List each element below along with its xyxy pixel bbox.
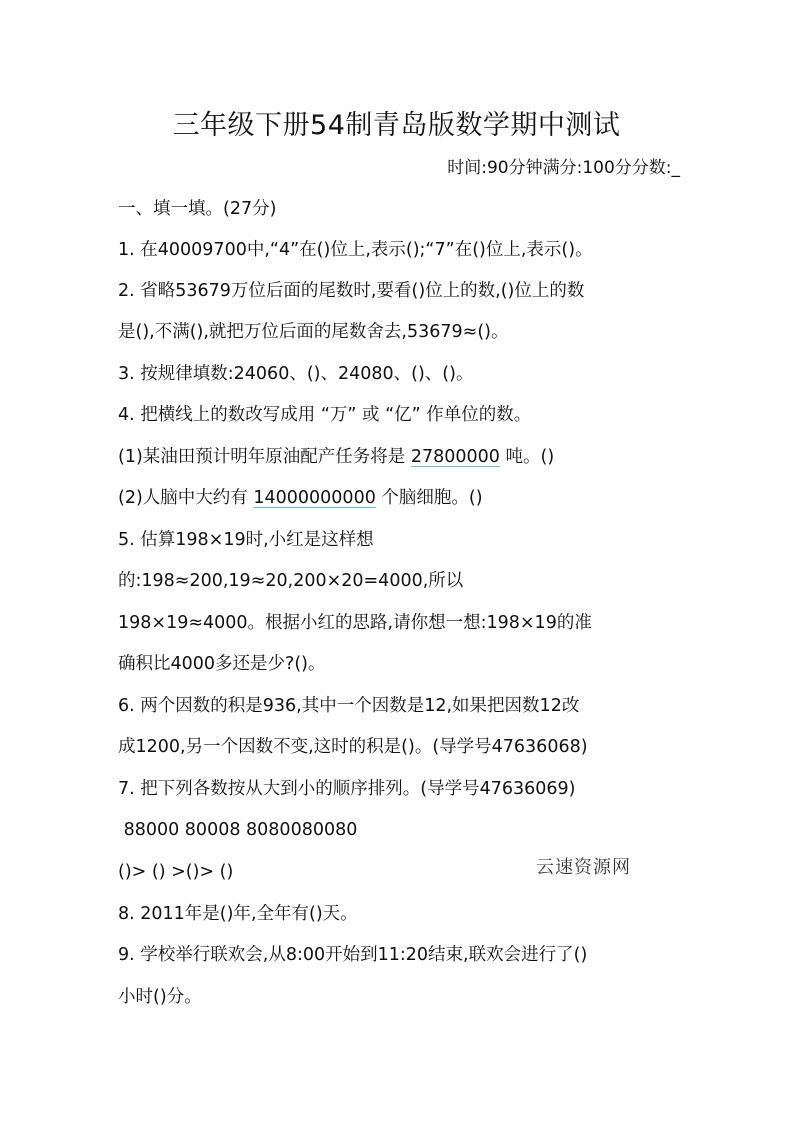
question-9-line-1: 9. 学校举行联欢会,从8:00开始到11:20结束,联欢会进行了() <box>118 942 587 968</box>
question-3: 3. 按规律填数:24060、()、24080、()、()。 <box>118 361 473 387</box>
question-6-line-2: 成1200,另一个因数不变,这时的积是()。(导学号47636068) <box>118 734 588 760</box>
section-heading: 一、填一填。(27分) <box>118 196 276 222</box>
question-8: 8. 2011年是()年,全年有()天。 <box>118 901 358 927</box>
question-5-line-2: 的:198≈200,19≈20,200×20=4000,所以 <box>118 568 463 594</box>
question-1: 1. 在40009700中,“4”在()位上,表示();“7”在()位上,表示(… <box>118 237 593 263</box>
question-4-sub-1: (1)某油田预计明年原油配产任务将是 27800000 吨。() <box>118 444 554 470</box>
question-9-line-2: 小时()分。 <box>118 984 202 1010</box>
question-2-line-1: 2. 省略53679万位后面的尾数时,要看()位上的数,()位上的数 <box>118 278 584 304</box>
question-4-sub-2: (2)人脑中大约有 14000000000 个脑细胞。() <box>118 485 483 511</box>
question-7-stem: 7. 把下列各数按从大到小的顺序排列。(导学号47636069) <box>118 776 576 802</box>
question-2-line-2: 是(),不满(),就把万位后面的尾数舍去,53679≈()。 <box>118 319 509 345</box>
question-4-stem: 4. 把横线上的数改写成用 “万” 或 “亿” 作单位的数。 <box>118 402 531 428</box>
question-4-sub-2-after: 个脑细胞。() <box>376 488 483 508</box>
question-6-line-1: 6. 两个因数的积是936,其中一个因数是12,如果把因数12改 <box>118 693 579 719</box>
page-title: 三年级下册54制青岛版数学期中测试 <box>0 106 793 146</box>
question-7-numbers: 88000 80008 8080080080 <box>118 817 357 843</box>
exam-meta-info: 时间:90分钟满分:100分分数:_ <box>447 155 680 181</box>
underlined-number-1: 27800000 <box>411 447 500 467</box>
question-5-line-1: 5. 估算198×19时,小红是这样想 <box>118 527 374 553</box>
question-5-line-4: 确积比4000多还是少?()。 <box>118 651 325 677</box>
exam-page: 三年级下册54制青岛版数学期中测试 时间:90分钟满分:100分分数:_ 一、填… <box>0 0 793 1122</box>
question-5-line-3: 198×19≈4000。根据小红的思路,请你想一想:198×19的准 <box>118 610 592 636</box>
question-4-sub-1-before: (1)某油田预计明年原油配产任务将是 <box>118 447 411 467</box>
watermark: 云速资源网 <box>536 855 631 881</box>
question-4-sub-1-after: 吨。() <box>500 447 554 467</box>
question-7-answer-line: ()> () >()> () <box>118 859 233 885</box>
question-4-sub-2-before: (2)人脑中大约有 <box>118 488 253 508</box>
underlined-number-2: 14000000000 <box>253 488 375 508</box>
